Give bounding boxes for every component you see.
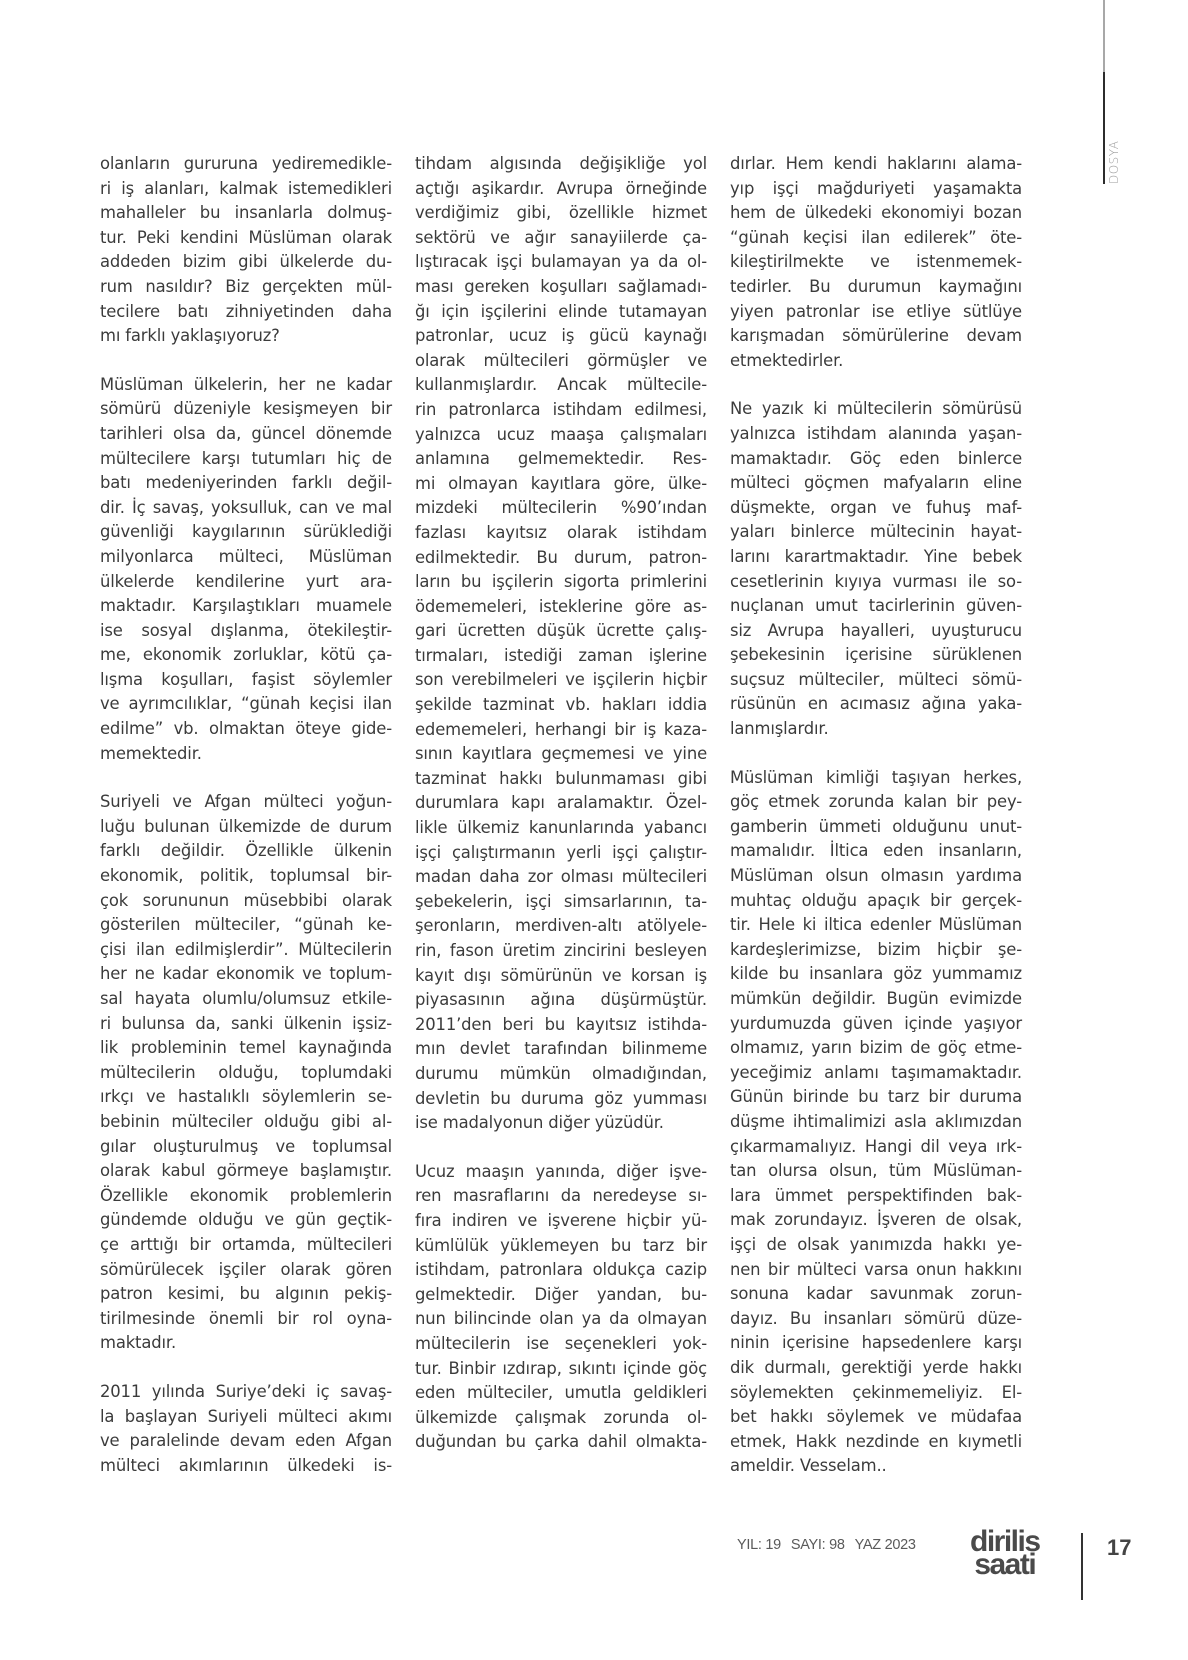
text-line: Müslüman ülkelerin, her ne kadar [100,373,392,398]
text-line: lıştıracak işçi bulamayan ya da ol- [415,250,707,275]
article-column-1: olanların gururuna yediremedikle-ri iş a… [100,152,392,1502]
article-paragraph: Ucuz maaşın yanında, diğer işve-ren masr… [415,1160,707,1455]
text-line: Suriyeli ve Afgan mülteci yoğun- [100,790,392,815]
text-line: yalnızca istihdam alanında yaşan- [730,422,1022,447]
text-line: mak zorundayız. İşveren de olsak, [730,1208,1022,1233]
text-line: yaları binlerce mültecinin hayat- [730,520,1022,545]
text-line: mahalleler bu insanlarla dolmuş- [100,201,392,226]
text-line: gelmektedir. Diğer yandan, bu- [415,1283,707,1308]
article-column-2: tihdam algısında değişikliğe yolaçtığı a… [415,152,707,1479]
article-paragraph: Suriyeli ve Afgan mülteci yoğun-luğu bul… [100,790,392,1356]
text-line: etmektedirler. [730,349,1022,374]
text-line: siz Avrupa hayalleri, uyuşturucu [730,619,1022,644]
text-line: çıkarmamalıyız. Hangi dil veya ırk- [730,1135,1022,1160]
text-line: “günah keçisi ilan edilerek” öte- [730,226,1022,251]
text-line: her ne kadar ekonomik ve toplum- [100,962,392,987]
text-line: düşme ihtimalimizi asla aklımızdan [730,1110,1022,1135]
text-line: edilmektedir. Bu durum, patron- [415,546,707,571]
text-line: mültecilerin olduğu, toplumdaki [100,1061,392,1086]
text-line: madan daha zor olması mültecileri [415,865,707,890]
issue-number: SAYI: 98 [791,1537,845,1553]
text-line: istihdam, patronlara oldukça cazip [415,1258,707,1283]
text-line: işçi de olsak yanımızda hakkı ye- [730,1233,1022,1258]
text-line: dik durmalı, gerektiği yerde hakkı [730,1356,1022,1381]
text-line: devletin bu duruma göz yumması [415,1087,707,1112]
text-line: dayız. Bu insanları sömürü düze- [730,1307,1022,1332]
text-line: sektörü ve ağır sanayiilerde ça- [415,226,707,251]
text-line: tecilere batı zihniyetinden daha [100,300,392,325]
issue-season: YAZ 2023 [855,1537,916,1553]
text-line: piyasasının ağına düşürmüştür. [415,988,707,1013]
text-line: gösterilen mülteciler, “günah ke- [100,913,392,938]
text-line: kümlülük yüklemeyen bu tarz bir [415,1234,707,1259]
text-line: ödememeleri, isteklerine göre as- [415,595,707,620]
text-line: bebinin mülteciler olduğu gibi al- [100,1110,392,1135]
text-line: Özellikle ekonomik problemlerin [100,1184,392,1209]
text-line: milyonlarca mülteci, Müslüman [100,545,392,570]
text-line: 2011 yılında Suriye’deki iç savaş- [100,1380,392,1405]
text-line: mülteci akımlarının ülkedeki is- [100,1454,392,1479]
text-line: tir. Hele ki iltica edenler Müslüman [730,913,1022,938]
text-line: duğundan bu çarka dahil olmakta- [415,1430,707,1455]
text-line: rum nasıldır? Biz gerçekten mül- [100,275,392,300]
issue-info: YIL: 19SAYI: 98YAZ 2023 [737,1537,926,1553]
text-line: durumu mümkün olmadığından, [415,1062,707,1087]
article-column-3: dırlar. Hem kendi haklarını alama-yıp iş… [730,152,1022,1503]
text-line: verdiğimiz gibi, özellikle hizmet [415,201,707,226]
text-line: son verebilmeleri ve işçilerin hiçbir [415,668,707,693]
text-line: mümkün değildir. Bugün evimizde [730,987,1022,1012]
text-line: Günün birinde bu tarz bir duruma [730,1085,1022,1110]
text-line: mülteci göçmen mafyaların eline [730,471,1022,496]
text-line: ırkçı ve hastalıklı söylemlerin se- [100,1085,392,1110]
text-line: maktadır. Karşılaştıkları muamele [100,594,392,619]
article-paragraph: Ne yazık ki mültecilerin sömürüsüyalnızc… [730,397,1022,741]
text-line: olmamız, yarın bizim de göç etme- [730,1036,1022,1061]
text-line: mi olmayan kayıtlara göre, ülke- [415,472,707,497]
text-line: yıp işçi mağduriyeti yaşamakta [730,177,1022,202]
text-line: 2011’den beri bu kayıtsız istihda- [415,1013,707,1038]
text-line: olarak mültecileri görmüşler ve [415,349,707,374]
text-line: olarak kabul görmeye başlamıştır. [100,1159,392,1184]
text-line: patronlar, ucuz iş gücü kaynağı [415,324,707,349]
text-line: güvenliği kaygılarının sürüklediği [100,520,392,545]
text-line: yalnızca ucuz maaşa çalışmaları [415,423,707,448]
text-line: rin, fason üretim zincirini besleyen [415,939,707,964]
text-line: çe arttığı bir ortamda, mültecileri [100,1233,392,1258]
text-line: mamaktadır. Göç eden binlerce [730,447,1022,472]
text-line: muhtaç olduğu apaçık bir gerçek- [730,889,1022,914]
text-line: şebekelerin, işçi simsarlarının, ta- [415,890,707,915]
article-paragraph: 2011 yılında Suriye’deki iç savaş-la baş… [100,1380,392,1478]
text-line: maktadır. [100,1331,392,1356]
text-line: addeden bizim gibi ülkelerde du- [100,250,392,275]
text-line: tihdam algısında değişikliğe yol [415,152,707,177]
text-line: dırlar. Hem kendi haklarını alama- [730,152,1022,177]
text-line: olanların gururuna yediremedikle- [100,152,392,177]
text-line: kilde bu insanlara göz yummamız [730,962,1022,987]
text-line: anlamına gelmemektedir. Res- [415,447,707,472]
text-line: la başlayan Suriyeli mülteci akımı [100,1405,392,1430]
text-line: yeceğimiz anlamı taşımamaktadır. [730,1061,1022,1086]
text-line: tur. Peki kendini Müslüman olarak [100,226,392,251]
text-line: söylemekten çekinmemeliyiz. El- [730,1381,1022,1406]
text-line: karışmadan sömürülerine devam [730,324,1022,349]
text-line: ise madalyonun diğer yüzüdür. [415,1111,707,1136]
text-line: nen bir mülteci varsa onun hakkını [730,1258,1022,1283]
text-line: mizdeki mültecilerin %90’ından [415,496,707,521]
text-line: eden mülteciler, umutla geldikleri [415,1381,707,1406]
text-line: rin patronlarca istihdam edilmesi, [415,398,707,423]
text-line: nun bilincinde olan ya da olmayan [415,1307,707,1332]
text-line: farklı değildir. Özellikle ülkenin [100,839,392,864]
text-line: mültecilerin ise seçenekleri yok- [415,1332,707,1357]
text-line: Ne yazık ki mültecilerin sömürüsü [730,397,1022,422]
article-paragraph: dırlar. Hem kendi haklarını alama-yıp iş… [730,152,1022,373]
text-line: şebekesinin içerisine sürüklenen [730,643,1022,668]
text-line: nuçlanan umut tacirlerinin güven- [730,594,1022,619]
text-line: lanmışlardır. [730,717,1022,742]
text-line: gari ücretten düşük ücrette çalış- [415,619,707,644]
text-line: likle ülkemiz kanunlarında yabancı [415,816,707,841]
article-paragraph: Müslüman ülkelerin, her ne kadarsömürü d… [100,373,392,767]
text-line: Müslüman olsun olmasın yardıma [730,864,1022,889]
article-paragraph: Müslüman kimliği taşıyan herkes,göç etme… [730,766,1022,1479]
text-line: sonuna kadar savunmak zorun- [730,1282,1022,1307]
text-line: mı farklı yaklaşıyoruz? [100,324,392,349]
text-line: durumlara kapı aralamaktır. Özel- [415,791,707,816]
text-line: larını karartmaktadır. Yine bebek [730,545,1022,570]
text-line: dir. İç savaş, yoksulluk, can ve mal [100,496,392,521]
text-line: gılar oluşturulmuş ve toplumsal [100,1135,392,1160]
text-line: tan olursa olsun, tüm Müslüman- [730,1159,1022,1184]
text-line: tazminat hakkı bulunmaması gibi [415,767,707,792]
text-line: etmek, Hakk nezdinde en kıymetli [730,1430,1022,1455]
text-line: batı medeniyerinden farklı değil- [100,471,392,496]
text-line: ülkelerde kendilerine yurt ara- [100,570,392,595]
footer-divider [1081,1533,1083,1600]
text-line: patron kesimi, bu algının pekiş- [100,1282,392,1307]
text-line: ise sosyal dışlanma, ötekileştir- [100,619,392,644]
text-line: tur. Binbir ızdırap, sıkıntı içinde göç [415,1357,707,1382]
article-paragraph: tihdam algısında değişikliğe yolaçtığı a… [415,152,707,1136]
text-line: ülkemizde çalışmak zorunda ol- [415,1406,707,1431]
text-line: fazlası kayıtsız olarak istihdam [415,521,707,546]
text-line: tırmaları, istediği zaman işlerine [415,644,707,669]
text-line: çisi ilan edilmişlerdir”. Mültecilerin [100,938,392,963]
text-line: ri iş alanları, kalmak istemedikleri [100,177,392,202]
text-line: mültecilere karşı tutumları hiç de [100,447,392,472]
text-line: şeronların, merdiven-altı atölyele- [415,914,707,939]
text-line: edilme” vb. olmaktan öteye gide- [100,717,392,742]
text-line: kileştirilmekte ve istenmemek- [730,250,1022,275]
text-line: göç etmek zorunda kalan bir pey- [730,790,1022,815]
page-number: 17 [1107,1535,1131,1561]
text-line: düşmekte, organ ve fuhuş maf- [730,496,1022,521]
text-line: yurdumuzda güven içinde yaşıyor [730,1012,1022,1037]
text-line: sömürülecek işçiler olarak gören [100,1258,392,1283]
text-line: sömürü düzeniyle kesişmeyen bir [100,397,392,422]
text-line: lik probleminin temel kaynağında [100,1036,392,1061]
text-line: rüsünün en acımasız ağına yaka- [730,692,1022,717]
text-line: ve ayrımcılıklar, “günah keçisi ilan [100,692,392,717]
text-line: me, ekonomik zorluklar, kötü ça- [100,643,392,668]
text-line: lışma koşulları, faşist söylemler [100,668,392,693]
text-line: kullanmışlardır. Ancak mültecile- [415,373,707,398]
magazine-logo: dirilis saati [970,1530,1040,1576]
page-edge-rule-dark [1103,72,1105,184]
text-line: edememeleri, herhangi bir iş kaza- [415,718,707,743]
text-line: ninin içerisine hapsedenlere karşı [730,1331,1022,1356]
text-line: ekonomik, politik, toplumsal bir- [100,864,392,889]
text-line: ve paralelinde devam eden Afgan [100,1429,392,1454]
section-tag: DOSYA [1107,141,1121,184]
text-line: Ucuz maaşın yanında, diğer işve- [415,1160,707,1185]
text-line: lara ümmet perspektifinden bak- [730,1184,1022,1209]
text-line: ması gereken koşulları sağlamadı- [415,275,707,300]
text-line: mamalıdır. İltica eden insanların, [730,839,1022,864]
text-line: fıra indiren ve işverene hiçbir yü- [415,1209,707,1234]
issue-year: YIL: 19 [737,1537,781,1553]
text-line: gamberin ümmeti olduğunu unut- [730,815,1022,840]
page-edge-rule-light [1103,0,1105,72]
text-line: ların bu işçilerin sigorta primlerini [415,570,707,595]
text-line: suçsuz mülteciler, mülteci sömü- [730,668,1022,693]
text-line: ğı için işçilerini elinde tutamayan [415,300,707,325]
text-line: kayıt dışı sömürünün ve korsan iş [415,964,707,989]
text-line: ri bulunsa da, sanki ülkenin işsiz- [100,1012,392,1037]
article-paragraph: olanların gururuna yediremedikle-ri iş a… [100,152,392,349]
text-line: kardeşlerimizse, bizim hiçbir şe- [730,938,1022,963]
text-line: bet hakkı söylemek ve müdafaa [730,1405,1022,1430]
text-line: sının kayıtlara geçmemesi ve yine [415,742,707,767]
text-line: ameldir. Vesselam.. [730,1454,1022,1479]
text-line: sal hayata olumlu/olumsuz etkile- [100,987,392,1012]
text-line: ren masraflarını da neredeyse sı- [415,1184,707,1209]
text-line: tarihleri olsa da, güncel dönemde [100,422,392,447]
text-line: memektedir. [100,742,392,767]
text-line: luğu bulunan ülkemizde de durum [100,815,392,840]
text-line: Müslüman kimliği taşıyan herkes, [730,766,1022,791]
text-line: tirilmesinde önemli bir rol oyna- [100,1307,392,1332]
text-line: cesetlerinin kıyıya vurması ile so- [730,570,1022,595]
text-line: mın devlet tarafından bilinmeme [415,1037,707,1062]
logo-line-2: saati [970,1553,1040,1576]
text-line: hem de ülkedeki ekonomiyi bozan [730,201,1022,226]
text-line: şekilde tazminat vb. hakları iddia [415,693,707,718]
text-line: gündemde olduğu ve gün geçtik- [100,1208,392,1233]
text-line: tedirler. Bu durumun kaymağını [730,275,1022,300]
text-line: açtığı aşikardır. Avrupa örneğinde [415,177,707,202]
text-line: işçi çalıştırmanın yerli işçi çalıştır- [415,841,707,866]
text-line: çok sorununun müsebbibi olarak [100,889,392,914]
text-line: yiyen patronlar ise etliye sütlüye [730,300,1022,325]
